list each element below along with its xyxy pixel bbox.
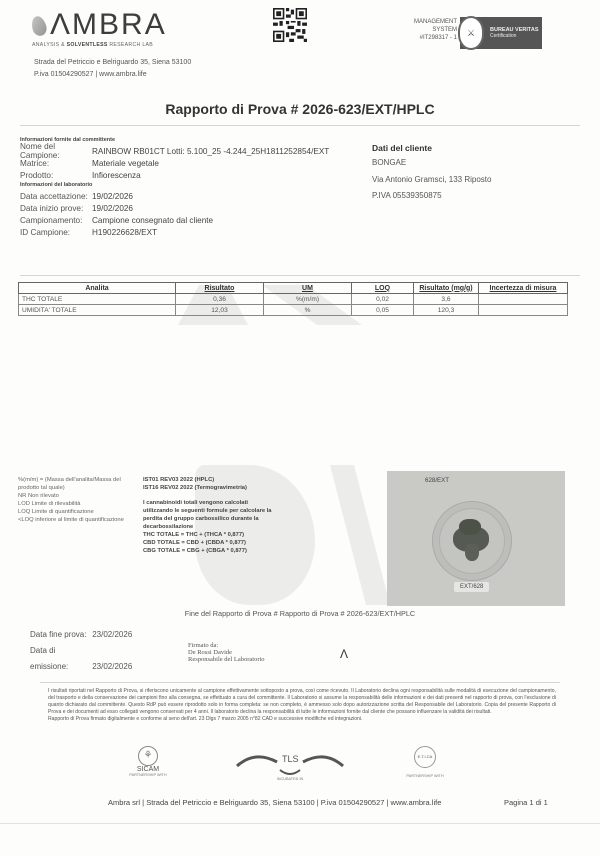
legend-notes: %(m/m) = (Massa dell'analita/Massa del p…	[18, 476, 136, 524]
logo-letter-a: Λ	[50, 8, 72, 41]
page-bottom-edge	[0, 823, 600, 824]
client-info: Dati del cliente BONGAE Via Antonio Gram…	[372, 141, 491, 205]
col-um: UM	[264, 283, 352, 294]
legend-item: LOQ Limite di quantificazione	[18, 508, 136, 516]
etica-logo-icon: E.T.I.CA	[414, 746, 436, 768]
table-top-divider	[20, 275, 580, 276]
col-risultato-mg: Risultato (mg/g)	[414, 283, 479, 294]
address-line: Strada del Petriccio e Belriguardo 35, S…	[34, 57, 191, 69]
partner-name: SICAM	[128, 766, 168, 773]
cell-risultato: 12,03	[176, 305, 264, 316]
svg-text:TLS: TLS	[282, 754, 299, 764]
partner-tls: TLS INCUBATED IN	[235, 748, 345, 781]
digital-signature: Firmato da: De Rossi Davide Responsabile…	[188, 642, 265, 663]
client-piva: P.IVA 05539350875	[372, 188, 491, 205]
sicam-logo-icon: ⚘	[138, 746, 158, 766]
method-line: IST01 REV03 2022 (HPLC)	[143, 476, 273, 484]
table-row: THC TOTALE 0,36 %(m/m) 0,02 3,6	[19, 294, 568, 305]
disclaimer-divider	[40, 682, 560, 683]
partner-sicam: ⚘ SICAM PARTNERSHIP WITH	[128, 746, 168, 777]
footer-address: Ambra srl | Strada del Petriccio e Belri…	[108, 798, 441, 807]
col-loq: LOQ	[352, 283, 414, 294]
client-address: Via Antonio Gramsci, 133 Riposto	[372, 172, 491, 189]
logo-word: MBRA	[72, 8, 167, 41]
info-row-inizio: Data inizio prove:19/02/2026	[20, 202, 329, 214]
sample-info: Informazioni fornite dal committente Nom…	[20, 137, 329, 238]
methods-notes: IST01 REV03 2022 (HPLC) IST16 REV02 2022…	[143, 476, 273, 555]
table-row: UMIDITA' TOTALE 12,03 % 0,05 120,3	[19, 305, 568, 316]
sample-photo: 628/EXT EXT/628	[387, 471, 565, 606]
piva-line: P.iva 01504290527 | www.ambra.life	[34, 69, 191, 81]
table-header-row: Analita Risultato UM LOQ Risultato (mg/g…	[19, 283, 568, 294]
results-table: Analita Risultato UM LOQ Risultato (mg/g…	[18, 282, 568, 316]
client-name: BONGAE	[372, 155, 491, 172]
partner-etica: E.T.I.CA PARTNERSHIP WITH	[400, 746, 450, 778]
disclaimer-paragraph: I risultati riportati nel Rapporto di Pr…	[48, 688, 556, 716]
partner-caption: INCUBATED IN	[235, 777, 345, 781]
management-system-label: MANAGEMENT SYSTEM #IT298317 - 1	[395, 18, 457, 42]
cell-loq: 0,02	[352, 294, 414, 305]
partner-caption: PARTNERSHIP WITH	[400, 774, 450, 778]
date-emissione: Data di emissione: 23/02/2026	[30, 643, 132, 675]
bureau-veritas-badge: ⚔ BUREAU VERITASCertification	[460, 17, 542, 49]
info-row-accettazione: Data accettazione:19/02/2026	[20, 190, 329, 202]
drop-icon	[30, 15, 49, 38]
legend-item: NR Non rilevato	[18, 492, 136, 500]
ambra-logo: ΛMBRA ANALYSIS & SOLVENTLESS RESEARCH LA…	[32, 10, 232, 48]
formula-cbg: CBG TOTALE = CBG + (CBGA * 0,877)	[143, 547, 273, 555]
qr-code-icon[interactable]	[273, 8, 307, 42]
cell-um: %	[264, 305, 352, 316]
cell-risultato: 0,36	[176, 294, 264, 305]
photo-label-bottom: EXT/628	[454, 582, 489, 592]
tls-logo-icon: TLS	[235, 748, 345, 776]
laboratorio-section-label: Informazioni del laboratorio	[20, 182, 329, 188]
flower-bud	[459, 519, 481, 535]
lab-address: Strada del Petriccio e Belriguardo 35, S…	[34, 57, 191, 81]
info-row-matrice: Matrice:Materiale vegetale	[20, 157, 329, 169]
disclaimer-text: I risultati riportati nel Rapporto di Pr…	[48, 688, 556, 723]
col-risultato: Risultato	[176, 283, 264, 294]
cell-incertezza	[479, 305, 568, 316]
flower-bud	[465, 543, 479, 561]
end-of-report: Fine del Rapporto di Prova # Rapporto di…	[0, 609, 600, 618]
cell-loq: 0,05	[352, 305, 414, 316]
cell-analita: THC TOTALE	[19, 294, 176, 305]
photo-label-top: 628/EXT	[425, 477, 449, 484]
legend-item: LOD Limite di rilevabilità	[18, 500, 136, 508]
signature-mark-icon: Λ	[340, 647, 348, 661]
formula-cbd: CBD TOTALE = CBD + (CBDA * 0,877)	[143, 539, 273, 547]
title-divider	[20, 125, 580, 126]
date-fine-prova: Data fine prova: 23/02/2026	[30, 627, 132, 643]
info-row-nome: Nome del Campione:RAINBOW RB01CT Lotti: …	[20, 145, 329, 157]
watermark-stroke	[330, 465, 390, 605]
cannabinoid-note: I cannabinoidi totali vengono calcolati …	[143, 499, 273, 531]
logo-tagline: ANALYSIS & SOLVENTLESS RESEARCH LAB	[32, 42, 232, 48]
disclaimer-paragraph: Rapporto di Prova firmato digitalmente e…	[48, 716, 556, 723]
legend-item: <LOQ inferiore al limite di quantificazi…	[18, 516, 136, 524]
cell-risultato-mg: 120,3	[414, 305, 479, 316]
info-row-campionamento: Campionamento:Campione consegnato dal cl…	[20, 214, 329, 226]
partner-caption: PARTNERSHIP WITH	[128, 773, 168, 777]
info-row-id: ID Campione:H190226628/EXT	[20, 226, 329, 238]
report-title: Rapporto di Prova # 2026-623/EXT/HPLC	[0, 101, 600, 117]
cell-analita: UMIDITA' TOTALE	[19, 305, 176, 316]
cell-risultato-mg: 3,6	[414, 294, 479, 305]
report-dates: Data fine prova: 23/02/2026 Data di emis…	[30, 627, 132, 675]
formula-thc: THC TOTALE = THC + (THCA * 0,877)	[143, 531, 273, 539]
col-analita: Analita	[19, 283, 176, 294]
info-row-prodotto: Prodotto:Infiorescenza	[20, 169, 329, 181]
legend-item: %(m/m) = (Massa dell'analita/Massa del p…	[18, 476, 136, 492]
bureau-veritas-seal-icon: ⚔	[458, 16, 484, 50]
page-number: Pagina 1 di 1	[504, 798, 548, 807]
method-line: IST16 REV02 2022 (Termogravimetria)	[143, 484, 273, 492]
cell-incertezza	[479, 294, 568, 305]
client-heading: Dati del cliente	[372, 141, 491, 155]
cell-um: %(m/m)	[264, 294, 352, 305]
col-incertezza: Incertezza di misura	[479, 283, 568, 294]
